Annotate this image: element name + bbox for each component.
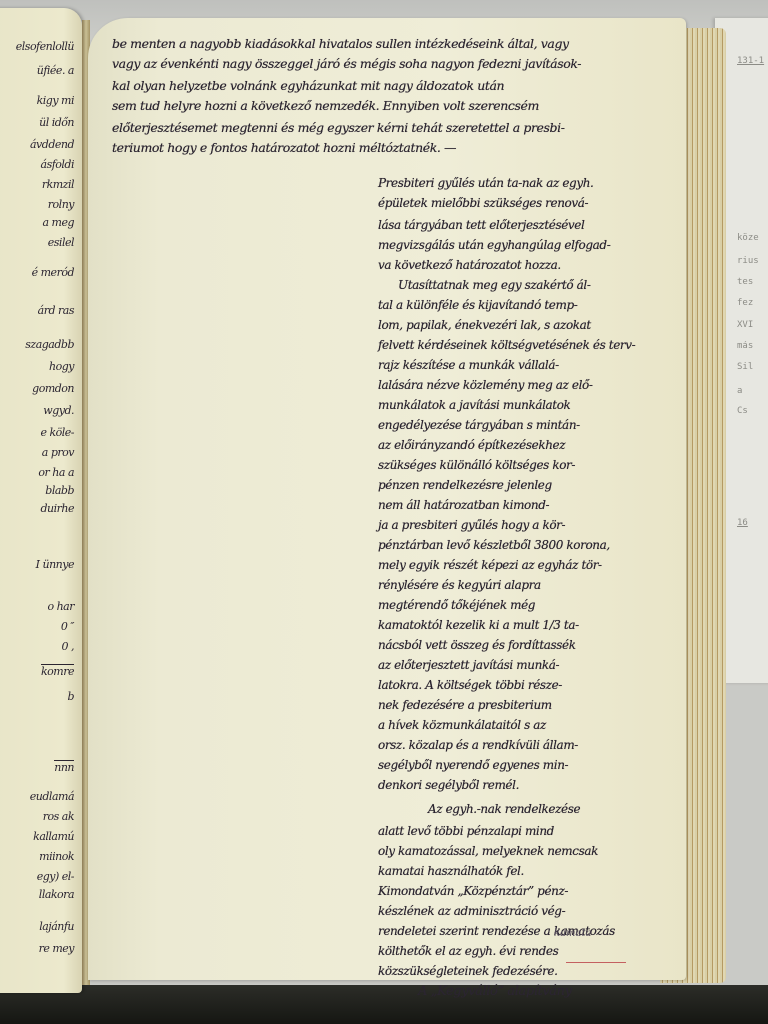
resolution-line: nácsból vett összeg és fordíttassék (378, 638, 576, 652)
resolution-line: az előirányzandó építkezésekhez (378, 438, 565, 452)
top-paragraph-line: be menten a nagyobb kiadásokkal hivatalo… (112, 36, 569, 51)
resolution-line: Kimondatván „Közpénztár” pénz- (378, 884, 568, 898)
typed-line: XVI (737, 320, 768, 330)
resolution-line: rénylésére és kegyúri alapra (378, 578, 541, 592)
table-shadow (0, 985, 768, 1024)
resolution-line: kamatai használhatók fel. (378, 864, 524, 878)
typed-line: 16 (737, 518, 768, 528)
resolution-line: az előterjesztett javítási munká- (378, 658, 559, 672)
left-page: elsofenlollü üfiée. a kigy mi ül időn áv… (0, 8, 82, 993)
handwriting-fragment: e köle- (40, 426, 74, 439)
handwriting-fragment: 0 ″ (61, 620, 74, 633)
resolution-line: megtérendő tőkéjének még (378, 598, 535, 612)
handwriting-fragment: eudlamá (30, 790, 74, 803)
handwriting-fragment: hogy (49, 360, 74, 373)
handwriting-fragment: llakora (39, 888, 74, 901)
typed-line: köze (737, 233, 768, 243)
resolution-line: ja a presbiteri gyűlés hogy a kör- (378, 518, 565, 532)
typed-line: más (737, 341, 768, 351)
resolution-line: lalására nézve közlemény meg az elő- (378, 378, 593, 392)
handwriting-fragment: ásfoldi (41, 158, 74, 171)
resolution-line: oly kamatozással, melyeknek nemcsak (378, 844, 598, 858)
handwriting-fragment: nnn (54, 760, 74, 774)
handwriting-fragment: duirhe (41, 502, 75, 515)
handwriting-fragment: kigy mi (37, 94, 74, 107)
resolution-line: Presbiteri gyűlés után ta-nak az egyh. (378, 176, 593, 190)
resolution-line: felvett kérdéseinek költségvetésének és … (378, 338, 635, 352)
resolution-line: va következő határozatot hozza. (378, 258, 561, 272)
handwriting-fragment: re mey (39, 942, 74, 955)
handwriting-fragment: ros ak (43, 810, 74, 823)
handwriting-fragment: rolny (48, 198, 74, 211)
resolution-line: rajz készítése a munkák vállalá- (378, 358, 559, 372)
handwriting-fragment: üfiée. a (37, 64, 74, 77)
resolution-line: segélyből nyerendő egyenes min- (378, 758, 568, 772)
handwriting-fragment: komre (41, 664, 74, 678)
handwriting-fragment: kallamú (33, 830, 74, 843)
marginal-note: kamata (554, 928, 591, 939)
typed-line: Cs (737, 406, 768, 416)
resolution-line: denkori segélyből remél. (378, 778, 519, 792)
resolution-line: Utasíttatnak meg egy szakértő ál- (398, 278, 590, 292)
resolution-line: mely egyik részét képezi az egyház tör- (378, 558, 602, 572)
resolution-line: tal a különféle és kijavítandó temp- (378, 298, 577, 312)
resolution-line: szükséges különálló költséges kor- (378, 458, 575, 472)
resolution-line: a hívek közmunkálataitól s az (378, 718, 546, 732)
resolution-line: Az egyh.-nak rendelkezése (428, 802, 580, 816)
handwriting-fragment: 0 , (62, 640, 75, 653)
handwriting-fragment: esilel (48, 236, 74, 249)
handwriting-fragment: miinok (39, 850, 74, 863)
resolution-line: nek fedezésére a presbiterium (378, 698, 552, 712)
handwriting-fragment: I ünnye (36, 558, 74, 571)
resolution-line: latokra. A költségek többi része- (378, 678, 562, 692)
resolution-line: lom, papilak, énekvezéri lak, s azokat (378, 318, 591, 332)
handwriting-fragment: szagadbb (25, 338, 74, 351)
handwriting-fragment: a prov (42, 446, 74, 459)
handwriting-fragment: árd ras (38, 304, 74, 317)
handwriting-fragment: egy) el- (37, 870, 74, 883)
handwriting-fragment: b (67, 690, 74, 703)
handwriting-fragment: wgyd. (43, 404, 74, 417)
resolution-line: nem áll határozatban kimond- (378, 498, 549, 512)
handwriting-fragment: blabb (45, 484, 74, 497)
top-paragraph-line: vagy az évenkénti nagy összeggel járó és… (112, 56, 581, 71)
red-pencil-mark (566, 962, 626, 963)
top-paragraph-line: kal olyan helyzetbe volnánk egyházunkat … (112, 78, 504, 93)
resolution-line: A „Kegyválló” alapítvány (418, 984, 572, 999)
sheet-reference: 131-1 (737, 56, 768, 66)
resolution-line: közszükségleteinek fedezésére. (378, 964, 558, 978)
typed-line: rius (737, 256, 768, 266)
resolution-line: költhetők el az egyh. évi rendes (378, 944, 558, 958)
resolution-line: megvizsgálás után egyhangúlag elfogad- (378, 238, 610, 252)
resolution-line: épületek mielőbbi szükséges renová- (378, 196, 588, 210)
resolution-line: munkálatok a javítási munkálatok (378, 398, 570, 412)
typed-line: tes (737, 277, 768, 287)
main-page: be menten a nagyobb kiadásokkal hivatalo… (88, 18, 686, 980)
handwriting-fragment: rkmzil (42, 178, 74, 191)
typed-line: fez (737, 298, 768, 308)
handwriting-fragment: o har (47, 600, 74, 613)
top-paragraph-line: teriumot hogy e fontos határozatot hozni… (112, 140, 456, 155)
resolution-line: készlének az adminisztráció vég- (378, 904, 565, 918)
resolution-line: kamatoktól kezelik ki a mult 1/3 ta- (378, 618, 579, 632)
resolution-line: orsz. közalap és a rendkívüli állam- (378, 738, 578, 752)
top-paragraph-line: előterjesztésemet megtenni és még egysze… (112, 120, 565, 135)
typed-line: Sil (737, 362, 768, 372)
handwriting-fragment: é meród (32, 266, 74, 279)
resolution-line: alatt levő többi pénzalapi mind (378, 824, 554, 838)
resolution-line: engedélyezése tárgyában s mintán- (378, 418, 580, 432)
handwriting-fragment: a meg (42, 216, 74, 229)
handwriting-fragment: ávddend (30, 138, 74, 151)
resolution-line: pénztárban levő készletből 3800 korona, (378, 538, 610, 552)
resolution-line: lása tárgyában tett előterjesztésével (378, 218, 584, 232)
handwriting-fragment: ül időn (39, 116, 74, 129)
handwriting-fragment: gomdon (32, 382, 74, 395)
top-paragraph-line: sem tud helyre hozni a következő nemzedé… (112, 98, 539, 113)
typed-line: a (737, 386, 768, 396)
resolution-line: pénzen rendelkezésre jelenleg (378, 478, 552, 492)
handwriting-fragment: lajánfu (39, 920, 74, 933)
handwriting-fragment: elsofenlollü (16, 40, 74, 53)
handwriting-fragment: or ha a (38, 466, 74, 479)
